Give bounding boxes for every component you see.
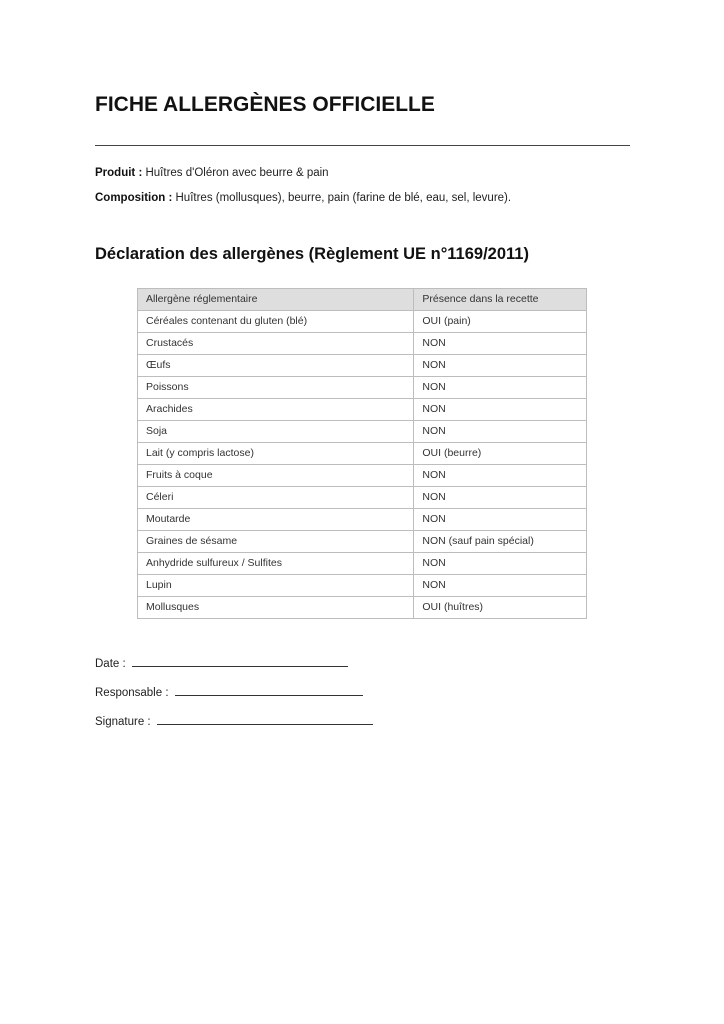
product-label: Produit : xyxy=(95,167,142,179)
signature-field: Signature : xyxy=(95,712,373,728)
table-row: MoutardeNON xyxy=(138,509,587,531)
title-divider xyxy=(95,145,630,146)
presence-cell: NON xyxy=(414,509,587,531)
presence-cell: OUI (huîtres) xyxy=(414,597,587,619)
presence-cell: NON xyxy=(414,575,587,597)
allergen-name-cell: Moutarde xyxy=(138,509,414,531)
allergen-name-cell: Lupin xyxy=(138,575,414,597)
date-field: Date : xyxy=(95,654,348,670)
signature-label: Signature : xyxy=(95,716,151,728)
table-row: CrustacésNON xyxy=(138,333,587,355)
presence-cell: NON xyxy=(414,421,587,443)
table-header-row: Allergène réglementaire Présence dans la… xyxy=(138,289,587,311)
allergen-name-cell: Mollusques xyxy=(138,597,414,619)
responsable-blank-line xyxy=(175,683,363,696)
allergen-name-cell: Soja xyxy=(138,421,414,443)
document-page: FICHE ALLERGÈNES OFFICIELLE Produit : Hu… xyxy=(0,0,724,1024)
responsable-label: Responsable : xyxy=(95,687,169,699)
allergen-name-cell: Lait (y compris lactose) xyxy=(138,443,414,465)
table-row: Anhydride sulfureux / SulfitesNON xyxy=(138,553,587,575)
composition-label: Composition : xyxy=(95,192,172,204)
table-row: Céréales contenant du gluten (blé)OUI (p… xyxy=(138,311,587,333)
table-row: Fruits à coqueNON xyxy=(138,465,587,487)
table-row: Lait (y compris lactose)OUI (beurre) xyxy=(138,443,587,465)
table-row: MollusquesOUI (huîtres) xyxy=(138,597,587,619)
document-title: FICHE ALLERGÈNES OFFICIELLE xyxy=(95,93,435,117)
allergen-name-cell: Céleri xyxy=(138,487,414,509)
presence-cell: NON xyxy=(414,553,587,575)
allergen-name-cell: Anhydride sulfureux / Sulfites xyxy=(138,553,414,575)
date-blank-line xyxy=(132,654,348,667)
product-line: Produit : Huîtres d'Oléron avec beurre &… xyxy=(95,167,329,179)
presence-cell: NON xyxy=(414,333,587,355)
composition-value: Huîtres (mollusques), beurre, pain (fari… xyxy=(176,192,512,204)
allergen-table: Allergène réglementaire Présence dans la… xyxy=(137,288,587,619)
presence-cell: OUI (beurre) xyxy=(414,443,587,465)
composition-line: Composition : Huîtres (mollusques), beur… xyxy=(95,192,511,204)
presence-cell: NON xyxy=(414,399,587,421)
allergen-name-cell: Céréales contenant du gluten (blé) xyxy=(138,311,414,333)
presence-cell: NON xyxy=(414,355,587,377)
product-value: Huîtres d'Oléron avec beurre & pain xyxy=(145,167,328,179)
allergen-name-cell: Arachides xyxy=(138,399,414,421)
allergen-table-body: Céréales contenant du gluten (blé)OUI (p… xyxy=(138,311,587,619)
table-row: LupinNON xyxy=(138,575,587,597)
table-row: CéleriNON xyxy=(138,487,587,509)
table-row: ArachidesNON xyxy=(138,399,587,421)
table-row: PoissonsNON xyxy=(138,377,587,399)
allergen-name-cell: Crustacés xyxy=(138,333,414,355)
date-label: Date : xyxy=(95,658,126,670)
allergen-name-cell: Fruits à coque xyxy=(138,465,414,487)
table-row: Graines de sésameNON (sauf pain spécial) xyxy=(138,531,587,553)
presence-cell: NON (sauf pain spécial) xyxy=(414,531,587,553)
allergen-name-cell: Œufs xyxy=(138,355,414,377)
allergen-name-cell: Graines de sésame xyxy=(138,531,414,553)
presence-cell: NON xyxy=(414,377,587,399)
signature-blank-line xyxy=(157,712,373,725)
header-presence: Présence dans la recette xyxy=(414,289,587,311)
allergen-name-cell: Poissons xyxy=(138,377,414,399)
table-row: ŒufsNON xyxy=(138,355,587,377)
presence-cell: NON xyxy=(414,487,587,509)
responsable-field: Responsable : xyxy=(95,683,363,699)
header-allergen: Allergène réglementaire xyxy=(138,289,414,311)
presence-cell: NON xyxy=(414,465,587,487)
presence-cell: OUI (pain) xyxy=(414,311,587,333)
table-row: SojaNON xyxy=(138,421,587,443)
section-title: Déclaration des allergènes (Règlement UE… xyxy=(95,245,529,264)
